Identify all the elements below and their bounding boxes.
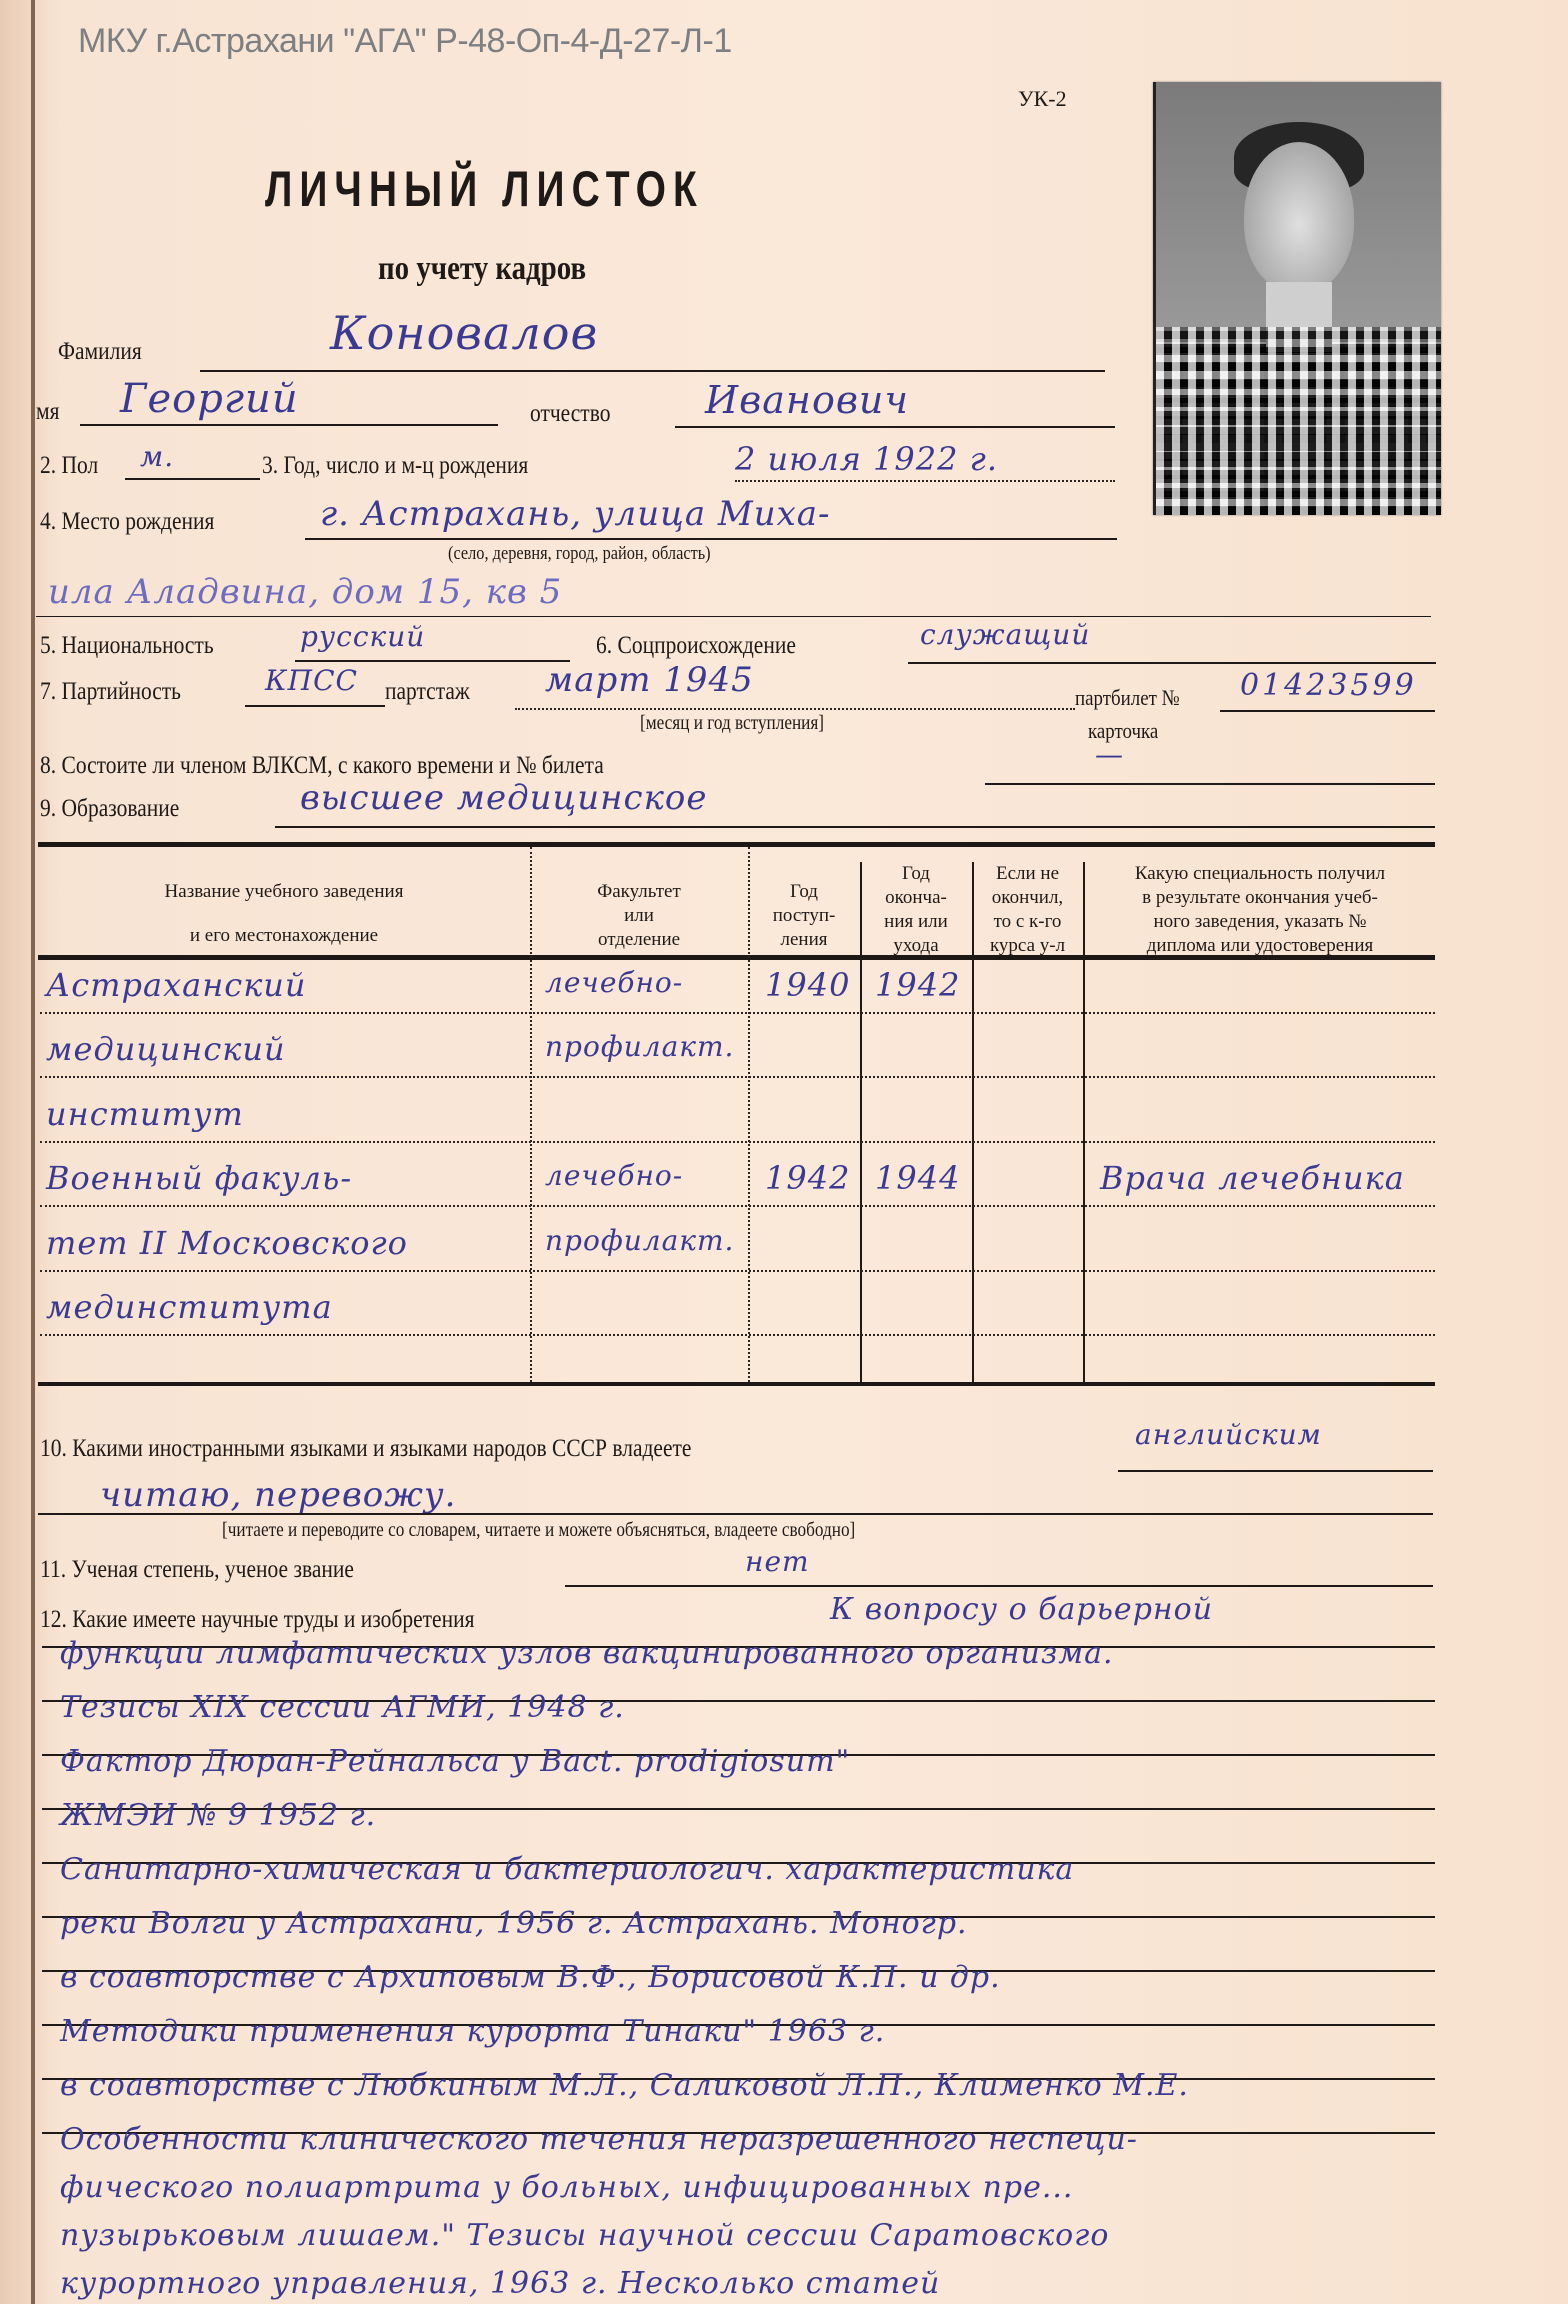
degree-line	[565, 1585, 1433, 1587]
education-value: высшее медицинское	[300, 778, 708, 818]
table-row-line	[40, 1012, 1435, 1014]
birth-place-label: 4. Место рождения	[40, 508, 214, 536]
table-cell: 1940	[765, 966, 850, 1004]
first-name-value: Георгий	[120, 376, 299, 422]
table-cell: профилакт.	[545, 1030, 734, 1063]
party-value: КПСС	[265, 664, 358, 697]
patronymic-line	[675, 426, 1115, 428]
sex-value: м.	[140, 440, 174, 473]
education-line	[275, 826, 1435, 828]
table-cell: 1944	[875, 1159, 960, 1197]
table-row-line	[40, 1141, 1435, 1143]
works-entry-line: в соавторстве с Архиповым В.Ф., Борисово…	[60, 1960, 1001, 1995]
party-since-caption: [месяц и год вступления]	[640, 712, 824, 735]
table-header-cell: Какую специальность получилв результате …	[1085, 862, 1435, 958]
nationality-label: 5. Национальность	[40, 632, 214, 660]
surname-label: Фамилия	[58, 338, 142, 366]
social-origin-value: служащий	[920, 618, 1090, 651]
works-entry-line: Фактор Дюран-Рейнальса у Bact. prodigios…	[60, 1744, 850, 1779]
education-label: 9. Образование	[40, 795, 179, 823]
birth-date-label: 3. Год, число и м-ц рождения	[262, 452, 528, 480]
birth-date-value: 2 июля 1922 г.	[735, 440, 998, 478]
degree-label: 11. Ученая степень, ученое звание	[40, 1556, 354, 1584]
nationality-value: русский	[300, 620, 425, 653]
party-card-value: 01423599	[1240, 668, 1417, 703]
patronymic-value: Иванович	[705, 378, 909, 422]
sex-line	[125, 478, 260, 480]
table-row-line	[40, 1334, 1435, 1336]
table-top-border	[38, 842, 1435, 847]
table-cell: Астраханский	[46, 966, 307, 1004]
party-label: 7. Партийность	[40, 678, 181, 706]
works-label: 12. Какие имеете научные труды и изобрет…	[40, 1606, 474, 1634]
photo-face	[1244, 142, 1354, 292]
table-header-cell: Если неокончил,то с к-гокурса у-л	[974, 862, 1081, 958]
komsomol-line	[985, 783, 1435, 785]
form-code: УК-2	[1018, 86, 1067, 112]
party-card-label: партбилет №	[1075, 685, 1180, 711]
nationality-line	[295, 660, 570, 662]
works-entry-line: в соавторстве с Любкиным М.Л., Саликовой…	[60, 2068, 1189, 2103]
social-origin-label: 6. Соцпроисхождение	[596, 632, 796, 660]
table-cell: тет II Московского	[46, 1224, 408, 1262]
first-name-label: мя	[36, 398, 60, 426]
table-row-line	[40, 1205, 1435, 1207]
portrait-photo	[1153, 82, 1441, 515]
document-subtitle: по учету кадров	[378, 250, 586, 288]
komsomol-value: —	[1095, 738, 1124, 771]
works-entry-line: Тезисы XIX сессии АГМИ, 1948 г.	[60, 1690, 625, 1725]
works-entry-line: пузырьковым лишаем." Тезисы научной сесс…	[60, 2218, 1109, 2253]
table-row-line	[40, 1076, 1435, 1078]
party-card-line	[1220, 710, 1435, 712]
komsomol-label: 8. Состоите ли членом ВЛКСМ, с какого вр…	[40, 752, 604, 780]
table-cell: мединститута	[46, 1288, 333, 1326]
languages-value-line1: английским	[1135, 1418, 1322, 1451]
table-cell: медицинский	[46, 1030, 286, 1068]
photo-shirt-pattern	[1156, 327, 1441, 515]
works-entry-line: К вопросу о барьерной	[830, 1592, 1213, 1627]
table-cell: 1942	[765, 1159, 850, 1197]
social-origin-line	[908, 662, 1436, 664]
table-header-cell: Факультетилиотделение	[532, 880, 746, 952]
party-line	[245, 705, 385, 707]
table-header-cell: Годпоступ-ления	[750, 880, 858, 952]
birth-date-line	[735, 480, 1115, 482]
table-header-cell: Название учебного заведенияи его местона…	[38, 870, 530, 958]
works-entry-line: Санитарно-химическая и бактериологич. ха…	[60, 1852, 1074, 1887]
works-entry-line: ЖМЭИ № 9 1952 г.	[60, 1798, 376, 1833]
surname-value: Коновалов	[330, 306, 598, 360]
languages-value-line2: читаю, перевожу.	[100, 1475, 456, 1515]
table-cell: Военный факуль-	[46, 1159, 352, 1197]
birth-place-line1	[305, 538, 1117, 540]
party-since-value: март 1945	[545, 660, 754, 700]
works-entry-line: Методики применения курорта Тинаки" 1963…	[60, 2014, 885, 2049]
surname-line	[200, 370, 1105, 372]
table-header-cell: Годоконча-ния илиухода	[862, 862, 970, 958]
languages-label: 10. Какими иностранными языками и языкам…	[40, 1435, 691, 1463]
birth-place-value-line1: г. Астрахань, улица Миха-	[320, 494, 831, 534]
languages-line2	[38, 1513, 1433, 1515]
languages-caption: [читаете и переводите со словарем, читае…	[222, 1519, 855, 1542]
table-cell: профилакт.	[545, 1224, 734, 1257]
party-since-label: партстаж	[385, 678, 470, 706]
table-cell: лечебно-	[545, 966, 683, 999]
birth-place-value-line2: ила Аладвина, дом 15, кв 5	[48, 572, 562, 612]
page-binding-edge	[31, 0, 35, 2304]
works-entry-line: курортного управления, 1963 г. Несколько…	[60, 2266, 940, 2301]
table-cell: Врача лечебника	[1100, 1159, 1405, 1197]
patronymic-label: отчество	[530, 400, 610, 428]
table-bottom-border	[38, 1382, 1435, 1386]
works-entry-line: Особенности клинического течения неразре…	[60, 2122, 1138, 2157]
archive-reference: МКУ г.Астрахани "АГА" Р-48-Оп-4-Д-27-Л-1	[78, 22, 732, 61]
party-since-line	[515, 708, 1075, 710]
table-cell: институт	[46, 1095, 244, 1133]
degree-value: нет	[745, 1545, 810, 1578]
sex-label: 2. Пол	[40, 452, 98, 480]
languages-line1	[1118, 1470, 1433, 1472]
table-row-line	[40, 1270, 1435, 1272]
works-entry-line: реки Волги у Астрахани, 1956 г. Астрахан…	[60, 1906, 968, 1941]
works-entry-line: функции лимфатических узлов вакцинирован…	[60, 1636, 1114, 1671]
table-cell: лечебно-	[545, 1159, 683, 1192]
works-entry-line: фического полиартрита у больных, инфицир…	[60, 2170, 1073, 2205]
table-cell: 1942	[875, 966, 960, 1004]
document-title: ЛИЧНЫЙ ЛИСТОК	[265, 160, 704, 218]
birth-place-line2	[36, 616, 1431, 617]
first-name-line	[80, 424, 498, 426]
birth-place-caption: (село, деревня, город, район, область)	[448, 543, 711, 565]
